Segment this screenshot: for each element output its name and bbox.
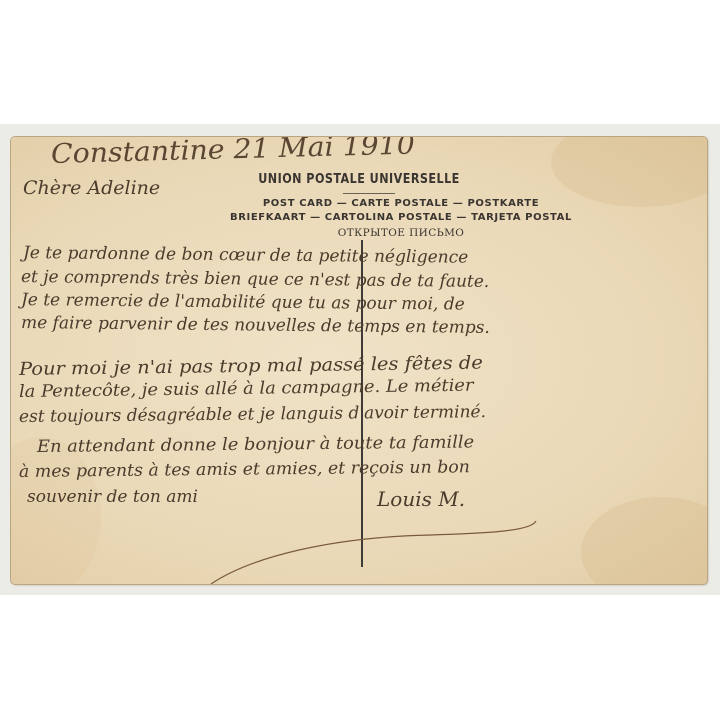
- signature-flourish: [11, 137, 707, 584]
- postcard: UNION POSTALE UNIVERSELLE POST CARD — CA…: [11, 137, 707, 584]
